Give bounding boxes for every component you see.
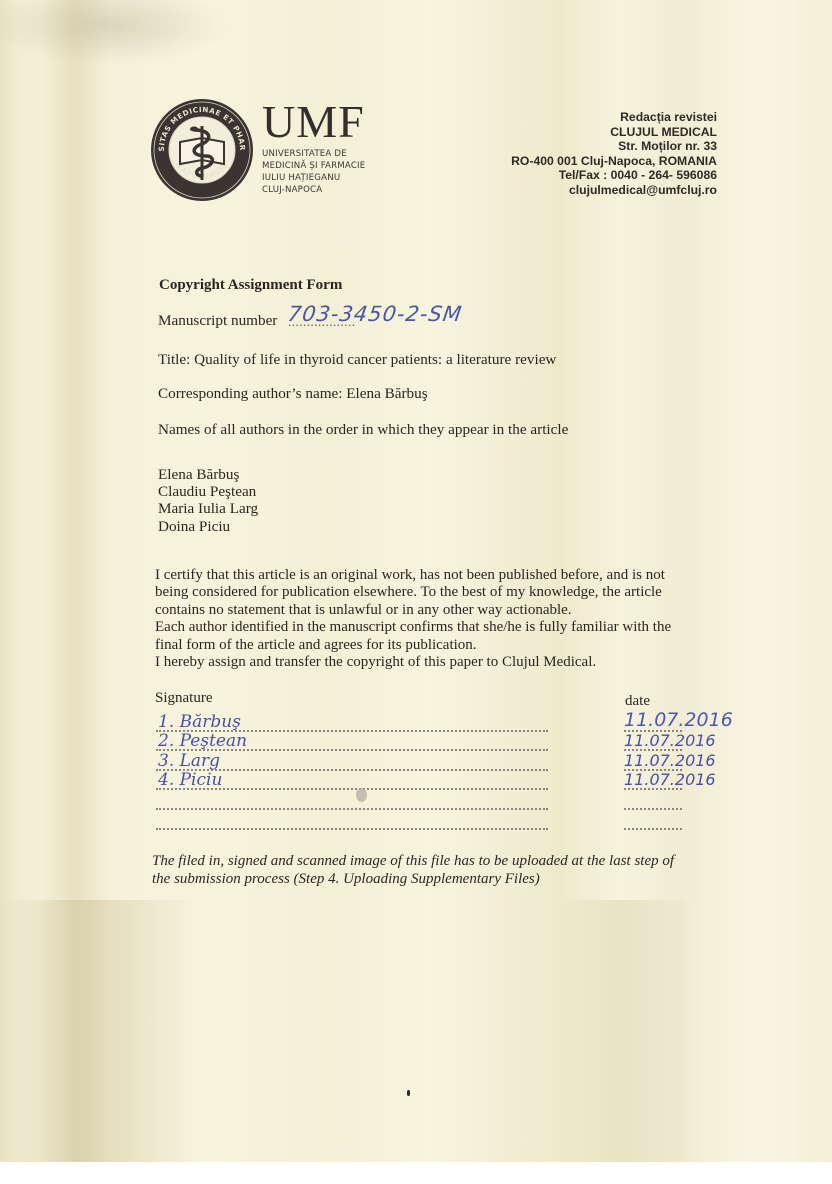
handwritten-date: 11.07.2016	[624, 731, 716, 750]
handwritten-date: 11.07.2016	[624, 751, 716, 770]
author-name: Claudiu Peştean	[158, 483, 258, 500]
date-line: 11.07.2016	[624, 751, 682, 771]
manuscript-number-label: Manuscript number	[158, 312, 277, 330]
scan-artifact	[356, 788, 367, 802]
authors-list: Elena Bărbuş Claudiu Peştean Maria Iulia…	[158, 466, 258, 535]
date-line: 11.07.2016	[624, 732, 682, 752]
authors-heading: Names of all authors in the order in whi…	[158, 421, 568, 439]
brand-subtitle: UNIVERSITATEA DE MEDICINĂ ȘI FARMACIE IU…	[262, 148, 365, 196]
date-lines: 11.07.2016 11.07.2016 11.07.2016 11.07.2…	[624, 712, 682, 830]
article-title: Title: Quality of life in thyroid cancer…	[158, 351, 556, 369]
brand-title: UMF	[262, 100, 365, 144]
date-label: date	[625, 693, 650, 710]
handwritten-signature: 3. Larg	[158, 751, 220, 771]
date-line: 11.07.2016	[624, 771, 682, 791]
corresponding-author: Corresponding author’s name: Elena Bărbu…	[158, 385, 428, 403]
signature-lines: 1. Bărbuş 2. Peştean 3. Larg 4. Piciu	[156, 712, 548, 830]
signature-line: 1. Bărbuş	[156, 712, 548, 732]
scanned-page: UNIVERSITAS MEDICINAE ET PHARMACIAE NAPO…	[0, 0, 832, 1162]
handwritten-date: 11.07.2016	[624, 709, 733, 731]
date-line: 11.07.2016	[624, 712, 682, 732]
signature-line: 4. Piciu	[156, 771, 548, 791]
handwritten-date: 11.07.2016	[624, 770, 716, 789]
date-line	[624, 810, 682, 830]
editorial-address: Redacția revistei CLUJUL MEDICAL Str. Mo…	[511, 110, 717, 198]
umf-brand: UMF UNIVERSITATEA DE MEDICINĂ ȘI FARMACI…	[262, 100, 365, 196]
certification-statement: I certify that this article is an origin…	[155, 567, 735, 671]
signature-line	[156, 810, 548, 830]
university-seal-icon: UNIVERSITAS MEDICINAE ET PHARMACIAE NAPO…	[150, 98, 254, 202]
handwritten-signature: 4. Piciu	[158, 770, 222, 790]
date-line	[624, 790, 682, 810]
signature-line	[156, 790, 548, 810]
signature-label: Signature	[155, 690, 213, 707]
form-title: Copyright Assignment Form	[159, 277, 342, 294]
author-name: Doina Piciu	[158, 518, 258, 535]
manuscript-number-value: 703-3450-2-SM	[286, 302, 463, 326]
upload-instructions: The filed in, signed and scanned image o…	[152, 852, 752, 888]
handwritten-signature: 2. Peştean	[158, 731, 247, 751]
signature-line: 2. Peştean	[156, 732, 548, 752]
scan-artifact	[407, 1090, 410, 1096]
signature-line: 3. Larg	[156, 751, 548, 771]
editorial-email: clujulmedical@umfcluj.ro	[511, 183, 717, 198]
author-name: Maria Iulia Larg	[158, 500, 258, 517]
author-name: Elena Bărbuş	[158, 466, 258, 483]
handwritten-signature: 1. Bărbuş	[158, 712, 241, 732]
